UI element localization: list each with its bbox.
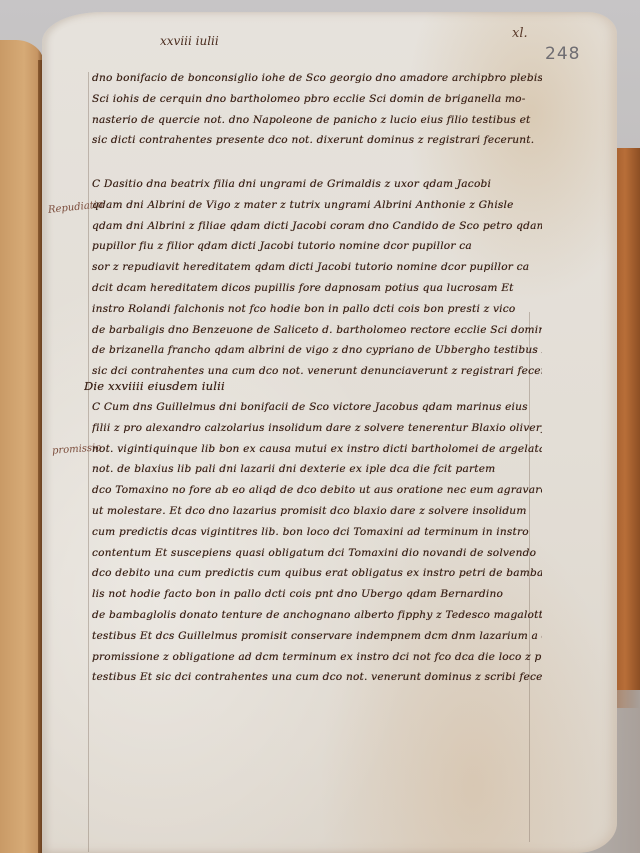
entry-3: Die xxviiii eiusdem iulii bbox=[84, 376, 534, 397]
folio-number: 248 bbox=[545, 44, 580, 64]
date-heading: xxviii iulii bbox=[160, 34, 219, 48]
entry-2: C Dasitio dna beatrix filia dni ungrami … bbox=[92, 174, 542, 382]
ruling-line-left bbox=[88, 72, 89, 852]
text-line: filii z pro alexandro calzolarius insoli… bbox=[92, 418, 542, 439]
folio-roman-numeral: xl. bbox=[512, 26, 528, 41]
text-line: de brizanella francho qdam albrini de vi… bbox=[92, 340, 542, 361]
folio-page: xl. 248 xxviii iulii Repudiatio promissi… bbox=[42, 12, 617, 853]
text-line: ut molestare. Et dco dno lazarius promis… bbox=[92, 501, 542, 522]
text-line: C Dasitio dna beatrix filia dni ungrami … bbox=[92, 174, 542, 195]
text-line: testibus Et dcs Guillelmus promisit cons… bbox=[92, 626, 542, 647]
entry-1: dno bonifacio de bonconsiglio iohe de Sc… bbox=[92, 68, 542, 151]
text-line: not. de blaxius lib pali dni lazarii dni… bbox=[92, 459, 542, 480]
text-line: pupillor fiu z filior qdam dicti Jacobi … bbox=[92, 236, 542, 257]
text-line: instro Rolandi falchonis not fco hodie b… bbox=[92, 299, 542, 320]
manuscript-photo: xl. 248 xxviii iulii Repudiatio promissi… bbox=[0, 0, 640, 853]
text-line: dco Tomaxino no fore ab eo aliqd de dco … bbox=[92, 480, 542, 501]
text-line: cum predictis dcas vigintitres lib. bon … bbox=[92, 522, 542, 543]
text-line: promissione z obligatione ad dcm terminu… bbox=[92, 647, 542, 668]
text-line: testibus Et sic dci contrahentes una cum… bbox=[92, 667, 542, 688]
text-line: qdam dni Albrini z filiae qdam dicti Jac… bbox=[92, 216, 542, 237]
text-line: C Cum dns Guillelmus dni bonifacii de Sc… bbox=[92, 397, 542, 418]
entry-3-body: C Cum dns Guillelmus dni bonifacii de Sc… bbox=[92, 397, 542, 688]
text-line: contentum Et suscepiens quasi obligatum … bbox=[92, 543, 542, 564]
text-line: Sci iohis de cerquin dno bartholomeo pbr… bbox=[92, 89, 542, 110]
text-line: sic dicti contrahentes presente dco not.… bbox=[92, 130, 542, 151]
text-line: de bambaglolis donato tenture de anchogn… bbox=[92, 605, 542, 626]
text-line: dco debito una cum predictis cum quibus … bbox=[92, 563, 542, 584]
text-line: dcit dcam hereditatem dicos pupillis for… bbox=[92, 278, 542, 299]
text-line: de barbaligis dno Benzeuone de Saliceto … bbox=[92, 320, 542, 341]
entry-heading: Die xxviiii eiusdem iulii bbox=[84, 376, 534, 397]
text-line: not. vigintiquinque lib bon ex causa mut… bbox=[92, 439, 542, 460]
text-line: nasterio de quercie not. dno Napoleone d… bbox=[92, 110, 542, 131]
text-line: lis not hodie facto bon in pallo dcti co… bbox=[92, 584, 542, 605]
text-line: sor z repudiavit hereditatem qdam dicti … bbox=[92, 257, 542, 278]
text-line: dno bonifacio de bonconsiglio iohe de Sc… bbox=[92, 68, 542, 89]
text-line: qdam dni Albrini de Vigo z mater z tutri… bbox=[92, 195, 542, 216]
